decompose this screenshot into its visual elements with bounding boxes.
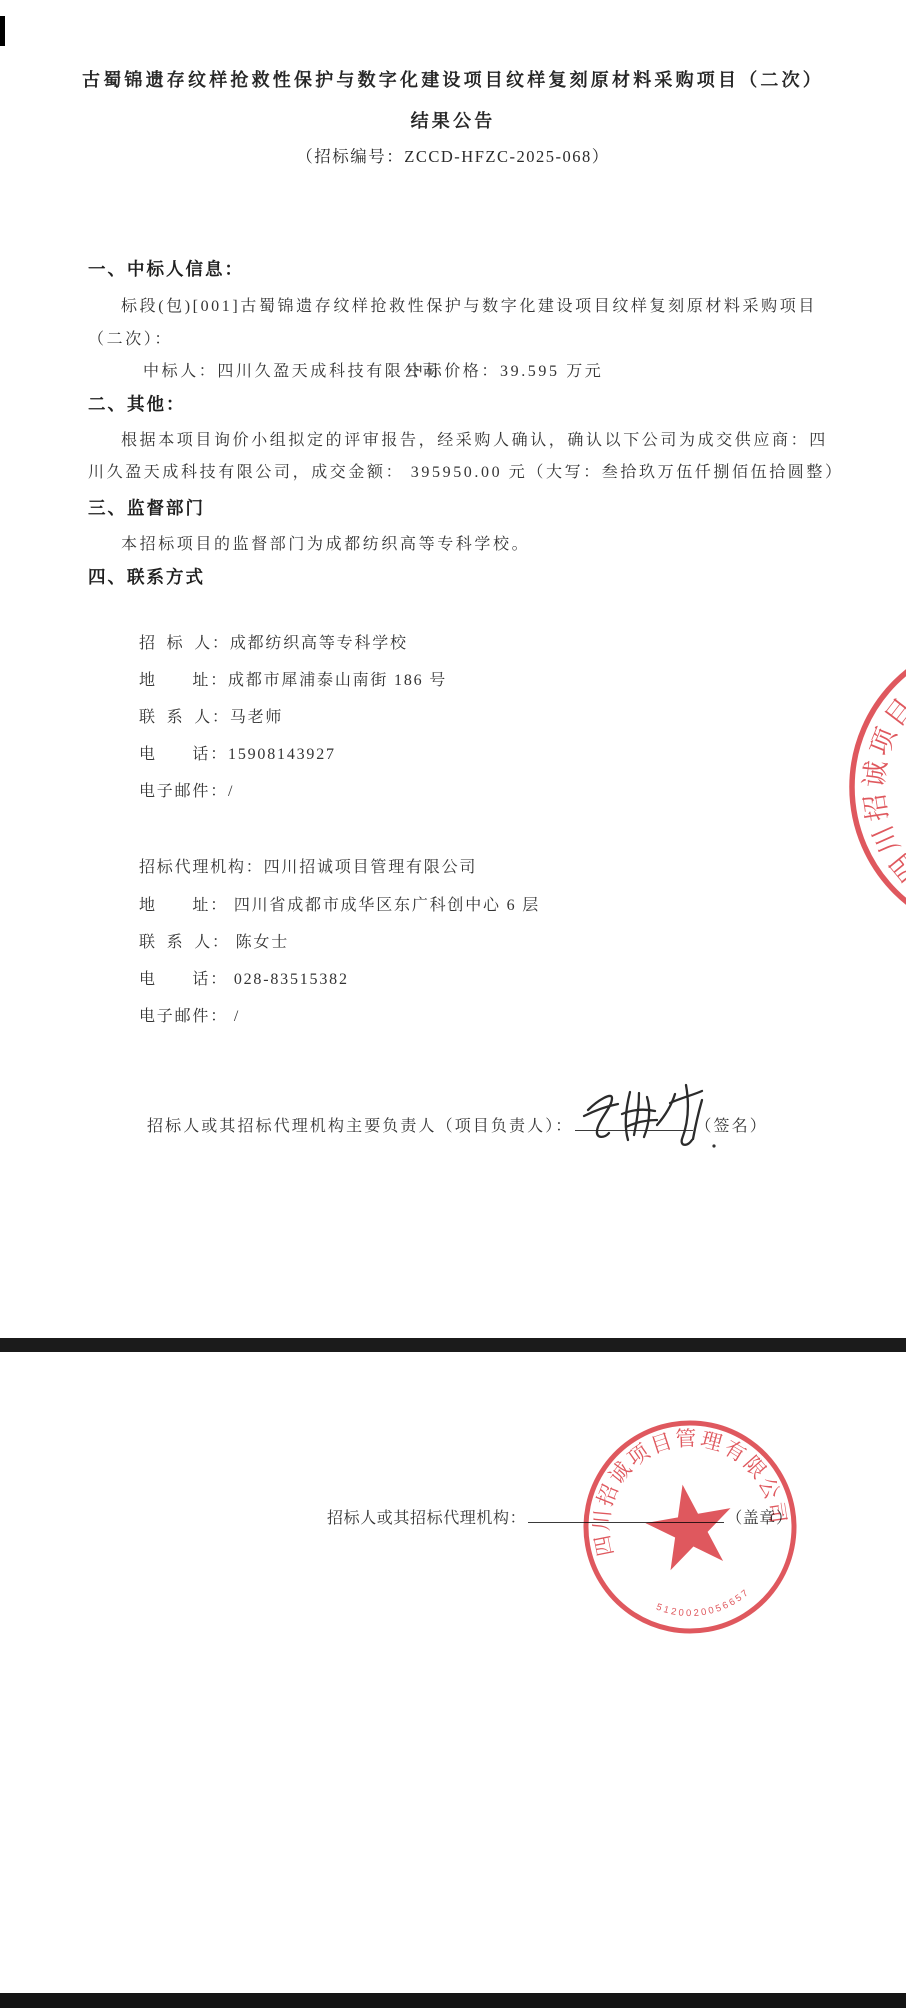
seal-company-text: 四川招诚项目管理有限公司 — [840, 627, 906, 890]
company-seal-stamp-edge: 四川招诚项目管理有限公司 5120020056657 — [840, 627, 906, 947]
agency-phone-label: 电 话： — [139, 971, 228, 988]
winner-name: 中标人：四川久盈天成科技有限公司 — [143, 358, 441, 381]
document-page-container: 古蜀锦遗存纹样抢救性保护与数字化建设项目纹样复刻原材料采购项目（二次） 结果公告… — [0, 0, 906, 2008]
page-separator-bar — [0, 1338, 906, 1352]
agency-address-value: 四川省成都市成华区东广科创中心 6 层 — [228, 897, 540, 914]
handwritten-signature — [582, 1076, 732, 1154]
agency-contact-value: 陈女士 — [230, 934, 289, 951]
tenderer-address-label: 地 址： — [139, 672, 228, 689]
tenderer-email-label: 电子邮件： — [139, 783, 228, 800]
agency-row-phone: 电 话： 028-83515382 — [139, 966, 349, 989]
agency-name-label: 招标代理机构： — [139, 859, 264, 876]
seal-line-prefix: 招标人或其招标代理机构： — [327, 1510, 526, 1527]
svg-text:四川招诚项目管理有限公司: 四川招诚项目管理有限公司 — [840, 627, 906, 890]
tenderer-name-label: 招 标 人： — [139, 635, 230, 652]
agency-row-name: 招标代理机构：四川招诚项目管理有限公司 — [139, 854, 477, 877]
section3-paragraph: 本招标项目的监督部门为成都纺织高等专科学校。 — [121, 531, 530, 554]
ink-dot — [712, 1144, 715, 1147]
tenderer-contact-value: 马老师 — [230, 709, 283, 726]
section2-line1: 根据本项目询价小组拟定的评审报告，经采购人确认，确认以下公司为成交供应商：四 — [121, 427, 828, 450]
tender-number-line: （招标编号：ZCCD-HFZC-2025-068） — [0, 143, 906, 167]
section1-paragraph-line1: 标段(包)[001]古蜀锦遗存纹样抢救性保护与数字化建设项目纹样复刻原材料采购项… — [121, 293, 817, 316]
scan-bottom-edge-bar — [0, 1993, 906, 2008]
document-title-line1: 古蜀锦遗存纹样抢救性保护与数字化建设项目纹样复刻原材料采购项目（二次） — [0, 66, 906, 92]
agency-name-value: 四川招诚项目管理有限公司 — [264, 859, 478, 876]
tenderer-address-value: 成都市犀浦泰山南街 186 号 — [228, 672, 447, 689]
section3-heading: 三、监督部门 — [88, 495, 205, 520]
agency-email-value: / — [228, 1008, 240, 1025]
tenderer-row-email: 电子邮件：/ — [139, 778, 234, 801]
agency-row-address: 地 址： 四川省成都市成华区东广科创中心 6 层 — [139, 892, 540, 915]
tenderer-row-address: 地 址：成都市犀浦泰山南街 186 号 — [139, 667, 447, 690]
winner-price: 中标价格：39.595 万元 — [407, 358, 603, 381]
agency-address-label: 地 址： — [139, 897, 228, 914]
agency-email-label: 电子邮件： — [139, 1008, 228, 1025]
tenderer-phone-value: 15908143927 — [228, 746, 336, 763]
agency-row-email: 电子邮件： / — [139, 1003, 240, 1026]
section2-line2: 川久盈天成科技有限公司，成交金额： 395950.00 元（大写：叁拾玖万伍仟捌… — [88, 459, 844, 482]
tenderer-row-phone: 电 话：15908143927 — [139, 741, 336, 764]
agency-contact-label: 联 系 人： — [139, 934, 230, 951]
tenderer-name-value: 成都纺织高等专科学校 — [230, 635, 408, 652]
tenderer-contact-label: 联 系 人： — [139, 709, 230, 726]
tenderer-email-value: / — [228, 783, 234, 800]
section1-paragraph-line2: （二次）： — [88, 326, 173, 349]
tenderer-row-name: 招 标 人：成都纺织高等专科学校 — [139, 630, 408, 653]
agency-row-contact: 联 系 人： 陈女士 — [139, 929, 289, 952]
tenderer-phone-label: 电 话： — [139, 746, 228, 763]
tenderer-row-contact: 联 系 人：马老师 — [139, 704, 283, 727]
section2-heading: 二、其他： — [88, 391, 186, 416]
scan-edge-artifact — [0, 16, 5, 46]
section1-heading: 一、中标人信息： — [88, 256, 244, 281]
section4-heading: 四、联系方式 — [88, 564, 205, 589]
document-title-line2: 结果公告 — [0, 107, 906, 133]
company-seal-stamp: 四川招诚项目管理有限公司 5120020056657 — [575, 1412, 805, 1642]
signature-line-prefix: 招标人或其招标代理机构主要负责人（项目负责人）： — [147, 1118, 573, 1135]
seal2-star-icon — [640, 1477, 739, 1573]
agency-phone-value: 028-83515382 — [228, 971, 349, 988]
